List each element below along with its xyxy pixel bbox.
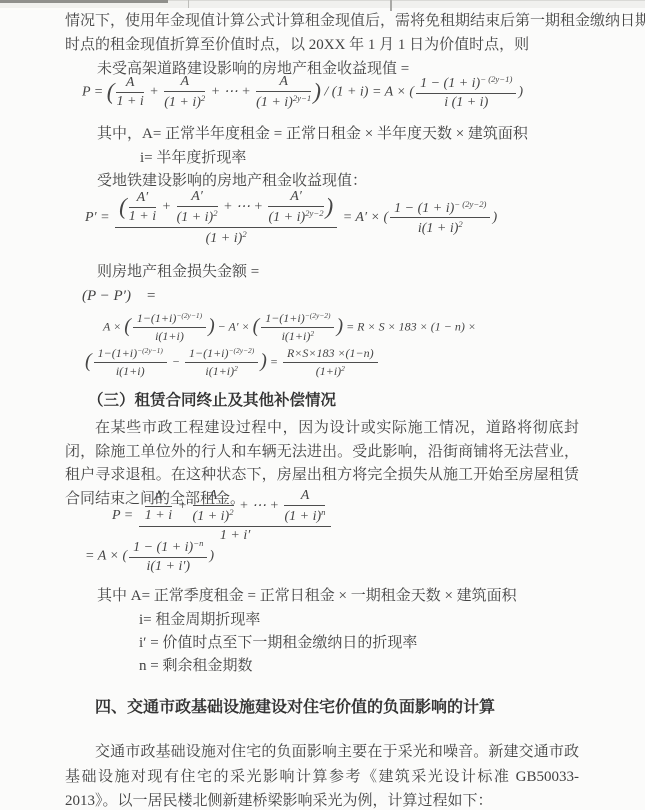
- formula-rent-loss-line1: A × (1−(1+i)−(2y−1)i(1+i)) − A′ × (1−(1+…: [103, 311, 476, 344]
- definition-i-semiannual-discount-rate: i= 半年度折现率: [140, 146, 246, 167]
- paragraph1-line2: 时点的租金现值折算至价值时点，以 20XX 年 1 月 1 日为价值时点，则: [65, 33, 529, 54]
- definition-n-remaining-periods: n = 剩余租金期数: [139, 654, 252, 675]
- scan-artifact-tick: [188, 0, 189, 8]
- expression-P-minus-P-prime: (P − P′) =: [82, 284, 156, 305]
- formula-present-value-P-prime: P′ = (A′1 + i + A′(1 + i)2 + ⋯ + A′(1 + …: [85, 189, 497, 247]
- formula-termination-simplified: = A × (1 − (1 + i)−ni(1 + i′)): [85, 538, 214, 575]
- section4-heading: 四、交通市政基础设施建设对住宅价值的负面影响的计算: [95, 694, 495, 717]
- definition-i-prime-discount-rate: i′ = 价值时点至下一期租金缴纳日的折现率: [139, 631, 417, 652]
- scanned-document-page: 情况下，使用年金现值计算公式计算租金现值后，需将免租期结束后第一期租金缴纳日期为…: [0, 0, 645, 810]
- lead-rent-loss-amount: 则房地产租金损失金额 =: [97, 260, 259, 281]
- formula-rent-loss-line2: (1−(1+i)−(2y−1)i(1+i) − 1−(1+i)−(2y−2)i(…: [85, 346, 380, 379]
- formula-termination-present-value: P = A1 + i + A(1 + i)2 + ⋯ + A(1 + i)n1 …: [112, 488, 333, 544]
- definition-A-quarterly-rent: 其中 A= 正常季度租金 = 正常日租金 × 一期租金天数 × 建筑面积: [97, 584, 517, 605]
- definition-i-period-discount-rate: i= 租金周期折现率: [139, 608, 260, 629]
- paragraph1-line1: 情况下，使用年金现值计算公式计算租金现值后，需将免租期结束后第一期租金缴纳日期为: [65, 9, 645, 30]
- section4-paragraph: 交通市政基础设施对住宅的负面影响主要在于采光和噪音。新建交通市政基础设施对现有住…: [65, 740, 579, 810]
- definition-A-semiannual-rent: 其中，A= 正常半年度租金 = 正常日租金 × 半年度天数 × 建筑面积: [97, 122, 528, 143]
- lead-affected-present-value: 受地铁建设影响的房地产租金收益现值：: [97, 169, 367, 190]
- section3-heading: （三）租赁合同终止及其他补偿情况: [88, 388, 336, 410]
- formula-present-value-P: P = (A1 + i + A(1 + i)2 + ⋯ + A(1 + i)2y…: [82, 74, 523, 111]
- scan-artifact-dark-edge: [0, 0, 168, 3]
